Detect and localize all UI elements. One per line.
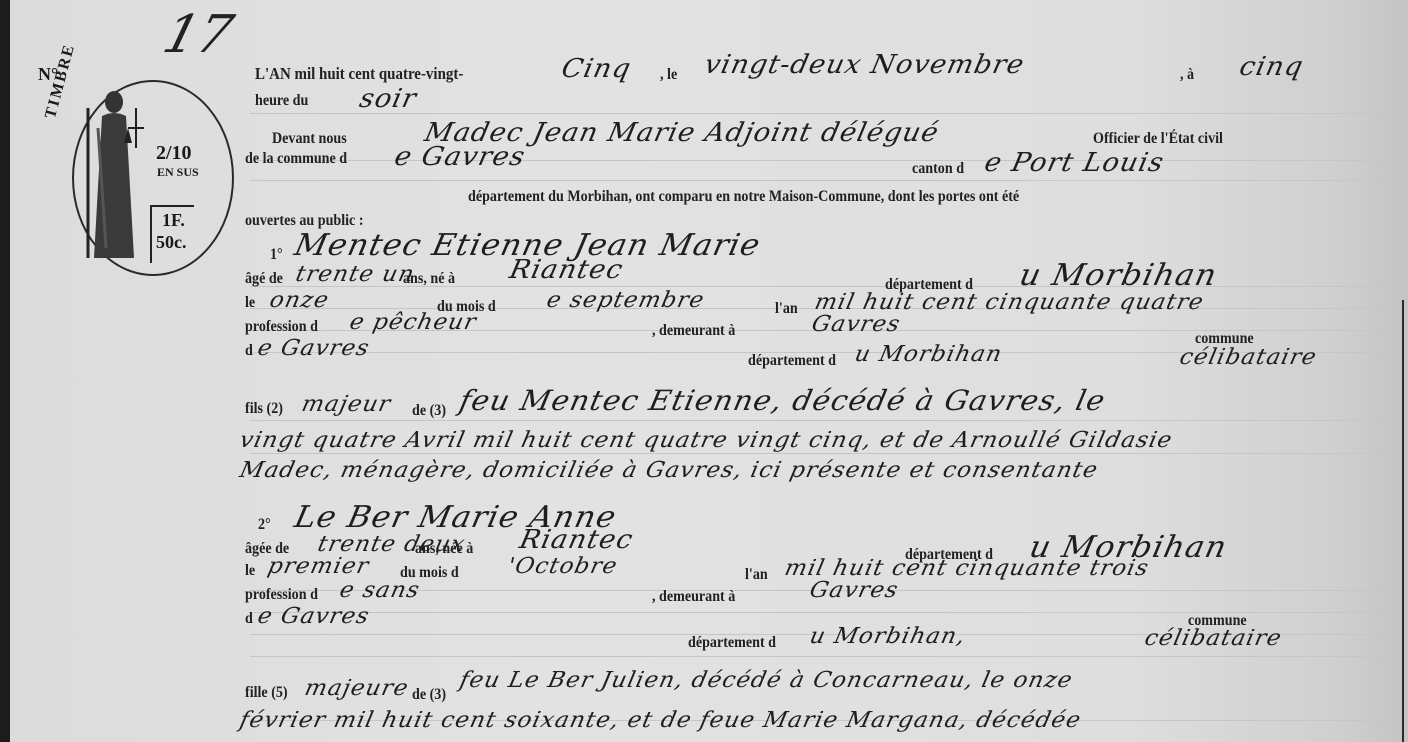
groom-commune: e Gavres xyxy=(255,336,372,361)
time-hand: soir xyxy=(357,84,420,114)
header-le-printed: , le xyxy=(660,66,677,84)
bride-an-label: l'an xyxy=(745,566,768,584)
bride-profession: e sans xyxy=(337,578,422,603)
groom-index: 1° xyxy=(270,246,283,264)
bride-residence: Gavres xyxy=(807,578,900,603)
groom-profession-label: profession d xyxy=(245,318,318,336)
groom-birth-month: e septembre xyxy=(544,288,707,313)
page-right-border xyxy=(1402,300,1404,742)
stamp-rate: 2/10 xyxy=(156,143,192,163)
groom-majority: majeur xyxy=(299,392,393,417)
groom-age-label: âgé de xyxy=(245,270,283,288)
stamp-price-centimes: 50c. xyxy=(156,232,187,253)
bride-res-dept-label: département d xyxy=(688,634,776,652)
ruled-line xyxy=(250,656,1388,657)
ruled-line xyxy=(250,180,1388,181)
groom-res-dept-label: département d xyxy=(748,352,836,370)
groom-d-label: d xyxy=(245,342,253,360)
header-date-hand: vingt-deux Novembre xyxy=(702,50,1027,80)
groom-le-label: le xyxy=(245,294,255,312)
bride-de-label: de (3) xyxy=(412,686,446,704)
justice-figure-icon xyxy=(84,88,144,263)
groom-birth-day: onze xyxy=(267,288,331,313)
officer-printed: Officier de l'État civil xyxy=(1093,130,1223,148)
header-year-printed: L'AN mil huit cent quatre-vingt- xyxy=(255,64,463,84)
bride-status: célibataire xyxy=(1142,626,1284,651)
bride-residence-label: , demeurant à xyxy=(652,588,735,606)
groom-parents-line2: vingt quatre Avril mil huit cent quatre … xyxy=(237,428,1175,453)
heure-du-printed: heure du xyxy=(255,92,308,110)
groom-birthplace: Riantec xyxy=(507,255,626,285)
groom-res-dept: u Morbihan xyxy=(852,342,1004,367)
bride-le-label: le xyxy=(245,562,255,580)
canton-hand: e Port Louis xyxy=(982,148,1167,178)
bride-d-label: d xyxy=(245,610,253,628)
groom-residence-label: , demeurant à xyxy=(652,322,735,340)
groom-fils-label: fils (2) xyxy=(245,400,283,418)
groom-status: célibataire xyxy=(1177,345,1319,370)
bride-profession-label: profession d xyxy=(245,586,318,604)
groom-parents-line1: feu Mentec Etienne, décédé à Gavres, le xyxy=(456,384,1108,417)
groom-residence: Gavres xyxy=(809,312,902,337)
ruled-line xyxy=(250,453,1388,454)
bride-birth-day: premier xyxy=(265,554,371,579)
department-line-printed: département du Morbihan, ont comparu en … xyxy=(468,188,1019,206)
bride-born-label: ans, née à xyxy=(415,540,473,558)
groom-an-label: l'an xyxy=(775,300,798,318)
groom-parents-line3: Madec, ménagère, domiciliée à Gavres, ic… xyxy=(237,458,1100,483)
ruled-line xyxy=(250,113,1388,114)
bride-parents-line2: février mil huit cent soixante, et de fe… xyxy=(237,708,1083,733)
groom-de-label: de (3) xyxy=(412,402,446,420)
groom-born-label: ans, né à xyxy=(403,270,455,288)
groom-birth-dept: u Morbihan xyxy=(1016,258,1220,293)
stamp-en-sus: EN SUS xyxy=(157,165,199,180)
groom-profession: e pêcheur xyxy=(347,310,479,335)
bride-parents-line1: feu Le Ber Julien, décédé à Concarneau, … xyxy=(457,668,1075,693)
canton-printed: canton d xyxy=(912,160,964,178)
commune-printed: de la commune d xyxy=(245,150,347,168)
stamp-price-francs: 1F. xyxy=(162,210,185,231)
bride-fille-label: fille (5) xyxy=(245,684,288,702)
bride-majority: majeure xyxy=(302,676,411,701)
scan-left-edge xyxy=(0,0,10,742)
bride-commune: e Gavres xyxy=(255,604,372,629)
header-a-printed: , à xyxy=(1180,66,1194,84)
header-hour-hand: cinq xyxy=(1237,52,1307,82)
bride-res-dept: u Morbihan, xyxy=(807,624,968,649)
header-year-hand: Cinq xyxy=(559,54,634,84)
ruled-line xyxy=(250,420,1388,421)
devant-nous-printed: Devant nous xyxy=(272,130,347,148)
bride-index: 2° xyxy=(258,516,271,534)
groom-age: trente un xyxy=(293,262,417,287)
commune-hand: e Gavres xyxy=(392,142,528,172)
bride-birthplace: Riantec xyxy=(517,525,636,555)
bride-birth-month: 'Octobre xyxy=(505,554,620,579)
